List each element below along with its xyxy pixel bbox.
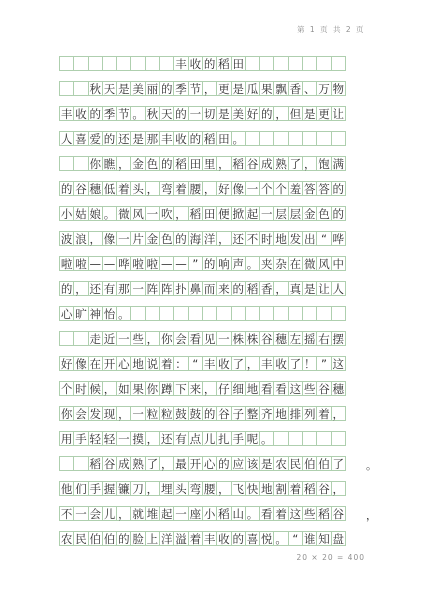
grid-cell: 是 bbox=[130, 131, 145, 146]
grid-cell: ， bbox=[202, 181, 217, 196]
grid-cell: 埋 bbox=[159, 481, 174, 496]
grid-cell: 人 bbox=[331, 281, 346, 296]
grid-cell: 便 bbox=[216, 206, 231, 221]
grid-cell: 些 bbox=[302, 381, 317, 396]
grid-cell: 吹 bbox=[159, 206, 174, 221]
grid-cell: 摸 bbox=[130, 431, 145, 446]
grid-cell: 万 bbox=[316, 81, 331, 96]
grid-cell bbox=[73, 81, 88, 96]
grid-cell: ， bbox=[159, 456, 174, 471]
grid-cell: 你 bbox=[88, 156, 103, 171]
grid-cell: 溢 bbox=[173, 531, 188, 546]
grid-cell: 伯 bbox=[316, 456, 331, 471]
grid-cell: 风 bbox=[316, 256, 331, 271]
grid-cell: 一 bbox=[116, 331, 131, 346]
grid-cell: 谷 bbox=[102, 456, 117, 471]
grid-cell: 了 bbox=[288, 156, 303, 171]
grid-cell: 这 bbox=[288, 381, 303, 396]
grid-cell: 是 bbox=[259, 456, 274, 471]
grid-cell: 民 bbox=[288, 456, 303, 471]
grid-cell: 啦 bbox=[73, 256, 88, 271]
grid-cell: 秋 bbox=[88, 81, 103, 96]
grid-cell: 弯 bbox=[188, 481, 203, 496]
grid-cell: 但 bbox=[288, 106, 303, 121]
grid-cell: 季 bbox=[173, 81, 188, 96]
grid-cell: 弯 bbox=[159, 181, 174, 196]
grid-cell: 的 bbox=[59, 281, 74, 296]
grid-cell bbox=[59, 156, 74, 171]
grid-cell: 收 bbox=[216, 531, 231, 546]
grid-cell: 蹲 bbox=[159, 381, 174, 396]
grid-cell: 更 bbox=[216, 81, 231, 96]
grid-cell: 你 bbox=[159, 331, 174, 346]
grid-cell bbox=[159, 56, 174, 71]
grid-cell: 夹 bbox=[259, 256, 274, 271]
grid-cell: 起 bbox=[159, 506, 174, 521]
grid-cell: 谷 bbox=[316, 481, 331, 496]
grid-cell: 左 bbox=[288, 331, 303, 346]
grid-cell: ， bbox=[216, 156, 231, 171]
grid-cell: 点 bbox=[188, 431, 203, 446]
grid-cell: 手 bbox=[88, 481, 103, 496]
grid-cell: ， bbox=[245, 356, 260, 371]
grid-cell: 轻 bbox=[88, 431, 103, 446]
grid-row: 个时候，如果你蹲下来，仔细地看看这些谷穗 bbox=[59, 381, 365, 396]
grid-cell: 还 bbox=[88, 281, 103, 296]
grid-row: 好像在开心地说着：“丰收了，丰收了！”这 bbox=[59, 356, 365, 371]
grid-cell bbox=[145, 56, 160, 71]
grid-cell: 羞 bbox=[288, 181, 303, 196]
grid-cell: 稻 bbox=[188, 206, 203, 221]
grid-cell: 时 bbox=[73, 381, 88, 396]
grid-cell: 爱 bbox=[88, 131, 103, 146]
title-char-cell: 收 bbox=[188, 56, 203, 71]
grid-cell: 收 bbox=[216, 356, 231, 371]
grid-cell: 穗 bbox=[331, 381, 346, 396]
grid-cell: 地 bbox=[259, 481, 274, 496]
grid-cell: 子 bbox=[231, 406, 246, 421]
grid-cell: — bbox=[102, 256, 117, 271]
grid-cell: 的 bbox=[102, 131, 117, 146]
grid-cell: 民 bbox=[73, 531, 88, 546]
grid-cell: 一 bbox=[216, 331, 231, 346]
grid-cell: 有 bbox=[173, 431, 188, 446]
grid-row: 你瞧，金色的稻田里，稻谷成熟了，饱满 bbox=[59, 156, 365, 171]
grid-cell: 有 bbox=[102, 281, 117, 296]
grid-cell: 好 bbox=[216, 181, 231, 196]
grid-row: 走近一些，你会看见一株株谷穗左摇右摆 bbox=[59, 331, 365, 346]
grid-cell: 会 bbox=[73, 406, 88, 421]
grid-cell: 神 bbox=[88, 306, 103, 321]
grid-row: 不一会儿，就堆起一座小稻山。看着这些稻谷， bbox=[59, 506, 365, 521]
grid-cell: 声 bbox=[231, 256, 246, 271]
grid-cell: 旷 bbox=[73, 306, 88, 321]
grid-cell: 腰 bbox=[188, 181, 203, 196]
grid-cell: ， bbox=[302, 156, 317, 171]
grid-cell: 的 bbox=[188, 131, 203, 146]
grid-cell: 收 bbox=[173, 131, 188, 146]
grid-cell: 了 bbox=[331, 456, 346, 471]
grid-cell: 美 bbox=[231, 106, 246, 121]
grid-cell: 像 bbox=[102, 231, 117, 246]
grid-cell bbox=[245, 131, 260, 146]
grid-cell: 丰 bbox=[259, 356, 274, 371]
grid-cell: 丰 bbox=[202, 531, 217, 546]
grid-cell: 来 bbox=[216, 281, 231, 296]
grid-cell: 让 bbox=[331, 106, 346, 121]
grid-cell: 了 bbox=[288, 356, 303, 371]
grid-cell: 真 bbox=[288, 281, 303, 296]
grid-cell: 就 bbox=[130, 506, 145, 521]
grid-cell: 扎 bbox=[216, 431, 231, 446]
grid-cell: 着 bbox=[188, 531, 203, 546]
grid-cell: ， bbox=[331, 481, 346, 496]
grid-cell: 娘 bbox=[88, 206, 103, 221]
grid-cell bbox=[245, 56, 260, 71]
grid-cell: 走 bbox=[88, 331, 103, 346]
grid-cell: 一 bbox=[173, 506, 188, 521]
grid-cell bbox=[173, 306, 188, 321]
grid-cell: 季 bbox=[102, 106, 117, 121]
grid-cell: ， bbox=[273, 281, 288, 296]
grid-cell: 田 bbox=[202, 206, 217, 221]
grid-cell: 姑 bbox=[73, 206, 88, 221]
grid-cell: 鼓 bbox=[173, 406, 188, 421]
grid-cell: 农 bbox=[273, 456, 288, 471]
grid-cell: ” bbox=[316, 356, 331, 371]
grid-cell: 的 bbox=[59, 181, 74, 196]
grid-cell: 片 bbox=[130, 231, 145, 246]
grid-cell: 细 bbox=[231, 381, 246, 396]
grid-cell: 天 bbox=[102, 81, 117, 96]
grid-cell: 的 bbox=[159, 156, 174, 171]
grid-cell: 你 bbox=[59, 406, 74, 421]
grid-cell: 用 bbox=[59, 431, 74, 446]
grid-cell: 的 bbox=[216, 456, 231, 471]
grid-cell: 一 bbox=[245, 181, 260, 196]
grid-cell: 瞧 bbox=[102, 156, 117, 171]
grid-cell: 金 bbox=[302, 206, 317, 221]
grid-cell bbox=[231, 306, 246, 321]
grid-cell: 一 bbox=[130, 406, 145, 421]
grid-cell: 看 bbox=[273, 381, 288, 396]
grid-row: 人喜爱的还是那丰收的稻田。 bbox=[59, 131, 365, 146]
grid-cell: — bbox=[88, 256, 103, 271]
grid-cell bbox=[59, 56, 74, 71]
grid-cell: 怡 bbox=[102, 306, 117, 321]
grid-cell: “ bbox=[188, 356, 203, 371]
grid-cell bbox=[130, 56, 145, 71]
grid-cell: ， bbox=[88, 231, 103, 246]
grid-cell: 里 bbox=[202, 156, 217, 171]
grid-cell bbox=[73, 331, 88, 346]
grid-cell: 腰 bbox=[202, 481, 217, 496]
grid-cell: ， bbox=[331, 406, 346, 421]
grid-cell bbox=[288, 431, 303, 446]
grid-cell: 来 bbox=[188, 381, 203, 396]
grid-cell: 小 bbox=[59, 206, 74, 221]
grid-cell: 粒 bbox=[145, 406, 160, 421]
grid-cell: 这 bbox=[331, 356, 346, 371]
grid-cell: 丰 bbox=[202, 356, 217, 371]
grid-cell: 一 bbox=[188, 106, 203, 121]
grid-cell: 是 bbox=[231, 81, 246, 96]
grid-cell: ， bbox=[216, 231, 231, 246]
grid-cell: 浪 bbox=[73, 231, 88, 246]
grid-cell bbox=[316, 431, 331, 446]
grid-cell: ， bbox=[216, 481, 231, 496]
grid-cell bbox=[288, 56, 303, 71]
grid-row: 用手轻轻一摸，还有点儿扎手呢。 bbox=[59, 431, 365, 446]
grid-row: 的谷穗低着头，弯着腰，好像一个个羞答答的 bbox=[59, 181, 365, 196]
page-number-indicator: 第 1 页 共 2 页 bbox=[297, 24, 365, 35]
grid-row: 心旷神怡。 bbox=[59, 306, 365, 321]
grid-cell bbox=[216, 306, 231, 321]
grid-cell bbox=[73, 56, 88, 71]
grid-cell: 香 bbox=[259, 281, 274, 296]
grid-cell: 。 bbox=[102, 206, 117, 221]
grid-cell: 飘 bbox=[273, 81, 288, 96]
grid-cell: 右 bbox=[316, 331, 331, 346]
grid-row: 啦啦——哗啦啦——”的响声。夹杂在微风中 bbox=[59, 256, 365, 271]
grid-cell: 上 bbox=[145, 531, 160, 546]
grid-cell: 。 bbox=[231, 131, 246, 146]
grid-cell: 切 bbox=[202, 106, 217, 121]
grid-cell: 层 bbox=[273, 206, 288, 221]
grid-cell: 收 bbox=[273, 356, 288, 371]
grid-cell: 见 bbox=[202, 331, 217, 346]
grid-cell: 低 bbox=[102, 181, 117, 196]
grid-cell: 会 bbox=[173, 331, 188, 346]
grid-row: 小姑娘。微风一吹，稻田便掀起一层层金色的 bbox=[59, 206, 365, 221]
grid-cell: 你 bbox=[145, 381, 160, 396]
grid-cell: 穗 bbox=[273, 331, 288, 346]
grid-cell: 丰 bbox=[59, 106, 74, 121]
grid-cell bbox=[59, 331, 74, 346]
grid-cell: ： bbox=[173, 356, 188, 371]
grid-cell: 色 bbox=[145, 156, 160, 171]
grid-cell: 香 bbox=[288, 81, 303, 96]
squeezed-punctuation: ， bbox=[366, 507, 377, 523]
grid-cell bbox=[159, 306, 174, 321]
grid-cell: 的 bbox=[202, 406, 217, 421]
grid-cell: 的 bbox=[88, 106, 103, 121]
grid-cell: 个 bbox=[273, 181, 288, 196]
grid-cell: 心 bbox=[59, 306, 74, 321]
grid-cell: 齐 bbox=[259, 406, 274, 421]
title-row: 丰收的稻田 bbox=[59, 56, 365, 71]
grid-cell: 在 bbox=[88, 356, 103, 371]
grid-cell bbox=[102, 56, 117, 71]
grid-cell: 是 bbox=[216, 106, 231, 121]
grid-cell: 好 bbox=[59, 356, 74, 371]
grid-cell: 的 bbox=[116, 531, 131, 546]
grid-cell: 成 bbox=[259, 156, 274, 171]
grid-cell bbox=[288, 306, 303, 321]
grid-cell: 洋 bbox=[159, 531, 174, 546]
grid-cell: ， bbox=[145, 431, 160, 446]
grid-cell: ， bbox=[145, 181, 160, 196]
composition-grid: 丰收的稻田秋天是美丽的季节，更是瓜果飘香、万物丰收的季节。秋天的一切是美好的，但… bbox=[59, 56, 365, 546]
grid-cell: 一 bbox=[116, 431, 131, 446]
grid-cell: 还 bbox=[116, 131, 131, 146]
grid-cell bbox=[273, 56, 288, 71]
grid-cell: 啦 bbox=[130, 256, 145, 271]
grid-cell: 伯 bbox=[88, 531, 103, 546]
grid-cell: 、 bbox=[302, 81, 317, 96]
grid-cell: 看 bbox=[188, 331, 203, 346]
grid-cell: 田 bbox=[188, 156, 203, 171]
grid-cell: 排 bbox=[288, 406, 303, 421]
grid-cell: 地 bbox=[273, 406, 288, 421]
grid-cell: 人 bbox=[59, 131, 74, 146]
grid-cell: 节 bbox=[116, 106, 131, 121]
grid-cell bbox=[116, 56, 131, 71]
grid-cell: 一 bbox=[259, 206, 274, 221]
grid-cell: 稻 bbox=[173, 156, 188, 171]
grid-cell: 儿 bbox=[102, 506, 117, 521]
grid-cell: 些 bbox=[130, 331, 145, 346]
grid-cell: 头 bbox=[173, 481, 188, 496]
grid-cell: 们 bbox=[73, 481, 88, 496]
grid-cell: 谷 bbox=[216, 406, 231, 421]
grid-cell: 他 bbox=[59, 481, 74, 496]
grid-cell bbox=[331, 431, 346, 446]
grid-cell: 色 bbox=[316, 206, 331, 221]
grid-cell bbox=[88, 56, 103, 71]
grid-cell: 是 bbox=[302, 281, 317, 296]
grid-cell: 还 bbox=[231, 231, 246, 246]
grid-cell: 啦 bbox=[59, 256, 74, 271]
grid-cell: 谷 bbox=[245, 156, 260, 171]
composition-paper-page: 第 1 页 共 2 页 丰收的稻田秋天是美丽的季节，更是瓜果飘香、万物丰收的季节… bbox=[0, 0, 423, 600]
grid-cell: 谷 bbox=[259, 331, 274, 346]
grid-cell: 还 bbox=[159, 431, 174, 446]
grid-cell: “ bbox=[288, 531, 303, 546]
grid-cell: 时 bbox=[259, 231, 274, 246]
grid-row: 你会发现，一粒粒鼓鼓的谷子整齐地排列着， bbox=[59, 406, 365, 421]
grid-cell: 伯 bbox=[302, 456, 317, 471]
grid-cell bbox=[245, 306, 260, 321]
grid-cell: 开 bbox=[102, 356, 117, 371]
grid-cell: 着 bbox=[159, 356, 174, 371]
grid-cell: 堆 bbox=[145, 506, 160, 521]
grid-cell: 的 bbox=[231, 531, 246, 546]
grid-cell: 的 bbox=[202, 256, 217, 271]
grid-cell: 着 bbox=[288, 481, 303, 496]
grid-cell: 最 bbox=[173, 456, 188, 471]
grid-cell: 的 bbox=[331, 181, 346, 196]
grid-cell: ！ bbox=[302, 356, 317, 371]
grid-cell: 那 bbox=[145, 131, 160, 146]
grid-cell bbox=[273, 306, 288, 321]
grid-cell: 响 bbox=[216, 256, 231, 271]
grid-cell: ， bbox=[273, 106, 288, 121]
grid-cell: 知 bbox=[316, 531, 331, 546]
grid-cell: 握 bbox=[102, 481, 117, 496]
grid-cell: 物 bbox=[331, 81, 346, 96]
grid-cell: 起 bbox=[245, 206, 260, 221]
grid-cell bbox=[302, 306, 317, 321]
grid-cell: 谷 bbox=[316, 381, 331, 396]
grid-cell: 饱 bbox=[316, 156, 331, 171]
grid-cell: 稻 bbox=[202, 131, 217, 146]
grid-cell bbox=[316, 131, 331, 146]
grid-cell: ， bbox=[116, 156, 131, 171]
grid-cell bbox=[316, 306, 331, 321]
grid-cell: 在 bbox=[288, 256, 303, 271]
grid-cell: 收 bbox=[73, 106, 88, 121]
grid-cell: 呢 bbox=[245, 431, 260, 446]
grid-cell: ， bbox=[145, 331, 160, 346]
grid-cell: 发 bbox=[88, 406, 103, 421]
grid-cell: 一 bbox=[116, 231, 131, 246]
grid-row: 丰收的季节。秋天的一切是美好的，但是更让 bbox=[59, 106, 365, 121]
grid-cell bbox=[331, 131, 346, 146]
grid-cell bbox=[273, 131, 288, 146]
grid-cell: 轻 bbox=[102, 431, 117, 446]
grid-cell: 株 bbox=[231, 331, 246, 346]
grid-cell: ， bbox=[102, 381, 117, 396]
grid-cell: 手 bbox=[231, 431, 246, 446]
grid-cell: 哗 bbox=[116, 256, 131, 271]
grid-cell: 粒 bbox=[159, 406, 174, 421]
grid-cell: 掀 bbox=[231, 206, 246, 221]
grid-cell: 风 bbox=[130, 206, 145, 221]
title-char-cell: 稻 bbox=[216, 56, 231, 71]
grid-cell: 仔 bbox=[216, 381, 231, 396]
grid-cell bbox=[302, 56, 317, 71]
grid-cell: 果 bbox=[259, 81, 274, 96]
grid-cell: 出 bbox=[302, 231, 317, 246]
grid-cell: 像 bbox=[73, 356, 88, 371]
grid-cell: 看 bbox=[259, 506, 274, 521]
grid-cell: 是 bbox=[116, 81, 131, 96]
grid-size-label: 20 × 20 = 400 bbox=[296, 553, 365, 562]
grid-cell: 着 bbox=[173, 181, 188, 196]
grid-cell: 熟 bbox=[273, 156, 288, 171]
grid-cell: 啦 bbox=[145, 256, 160, 271]
grid-row: 秋天是美丽的季节，更是瓜果飘香、万物 bbox=[59, 81, 365, 96]
grid-cell: 中 bbox=[331, 256, 346, 271]
grid-cell: 地 bbox=[130, 356, 145, 371]
grid-cell: 好 bbox=[245, 106, 260, 121]
grid-cell: 地 bbox=[273, 231, 288, 246]
grid-row: 的，还有那一阵阵扑鼻而来的稻香，真是让人 bbox=[59, 281, 365, 296]
grid-cell: 微 bbox=[302, 256, 317, 271]
grid-cell: 田 bbox=[216, 131, 231, 146]
grid-cell: ， bbox=[116, 506, 131, 521]
grid-cell: 层 bbox=[288, 206, 303, 221]
grid-cell: — bbox=[173, 256, 188, 271]
grid-cell: 海 bbox=[188, 231, 203, 246]
grid-cell: 了 bbox=[145, 456, 160, 471]
grid-cell: 着 bbox=[116, 181, 131, 196]
grid-cell: 。 bbox=[245, 506, 260, 521]
grid-cell: 洋 bbox=[202, 231, 217, 246]
grid-cell: 。 bbox=[259, 431, 274, 446]
grid-cell: 摇 bbox=[302, 331, 317, 346]
grid-cell: 说 bbox=[145, 356, 160, 371]
grid-cell: 这 bbox=[288, 506, 303, 521]
grid-cell: 发 bbox=[288, 231, 303, 246]
title-char-cell: 田 bbox=[231, 56, 246, 71]
grid-cell: ” bbox=[188, 256, 203, 271]
grid-cell: 而 bbox=[202, 281, 217, 296]
grid-cell: 看 bbox=[259, 381, 274, 396]
grid-cell: 天 bbox=[159, 106, 174, 121]
grid-row: 波浪，像一片金色的海洋，还不时地发出“哗 bbox=[59, 231, 365, 246]
